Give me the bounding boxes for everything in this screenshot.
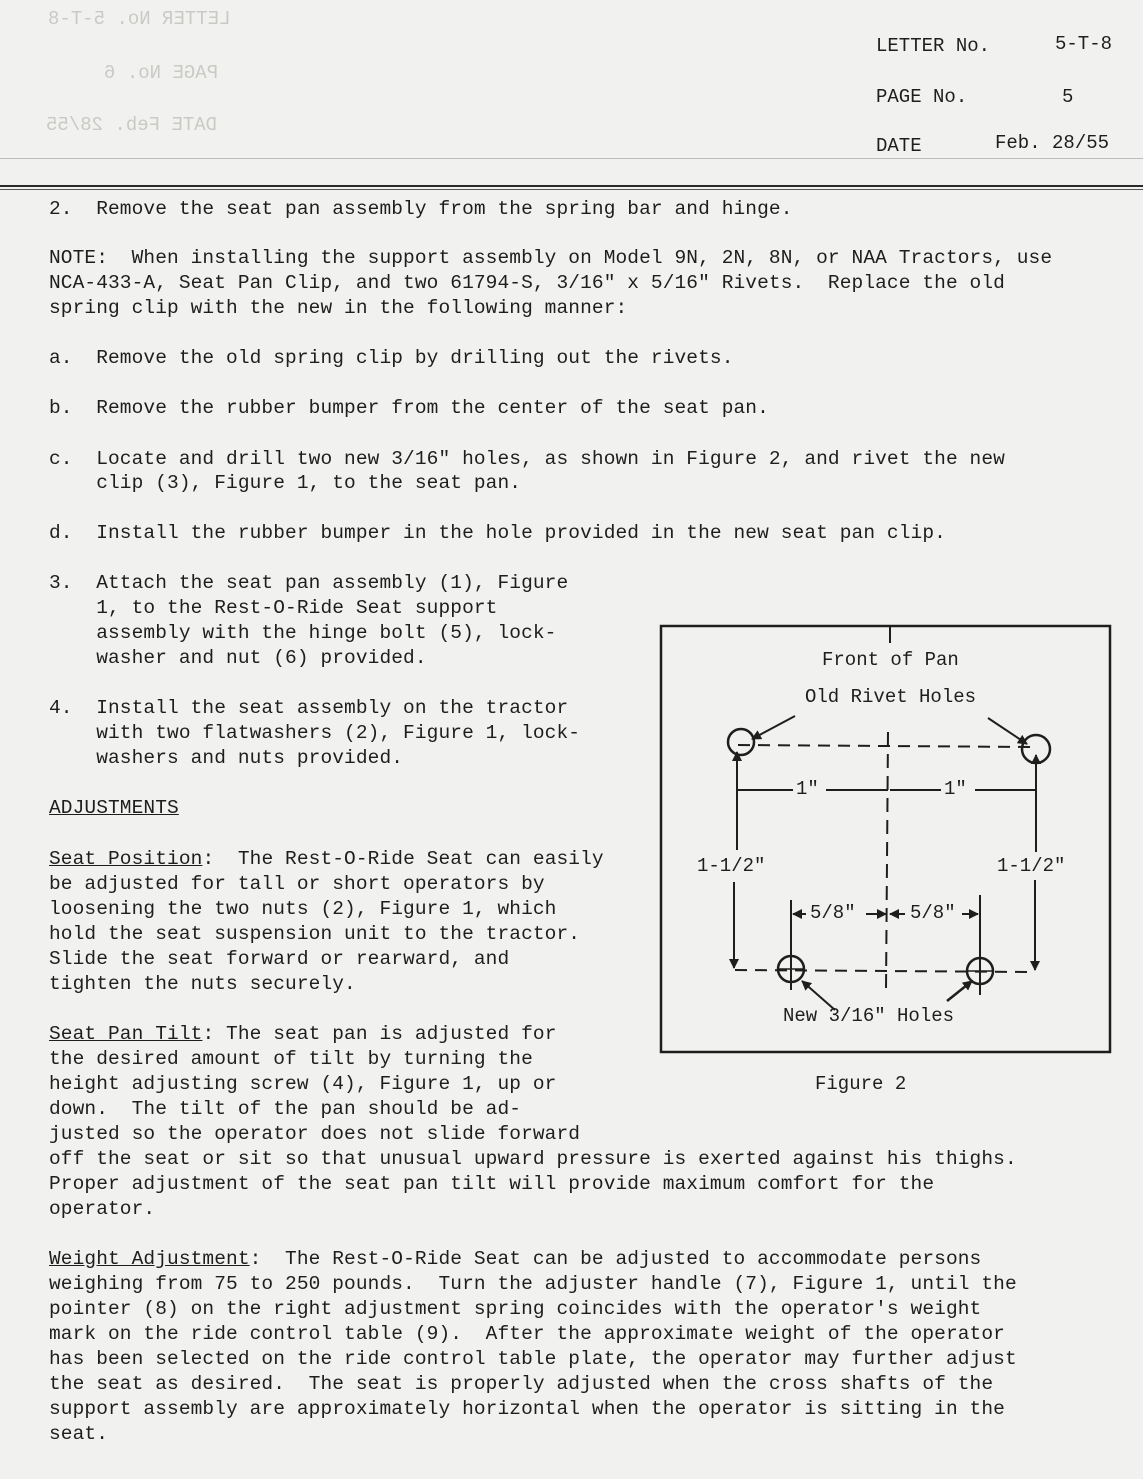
front-of-pan-label: Front of Pan <box>822 649 959 671</box>
dim-5-8-left: 5/8" <box>810 902 856 924</box>
figure-2-diagram <box>0 0 1143 1479</box>
old-rivet-hole-left <box>728 729 754 755</box>
figure-2-caption: Figure 2 <box>815 1073 906 1095</box>
dim-5-8-right: 5/8" <box>910 902 956 924</box>
dim-1in-right: 1" <box>944 778 967 800</box>
dim-1in-left: 1" <box>796 778 819 800</box>
dim-1-1-2-right: 1-1/2" <box>997 855 1065 877</box>
dim-1-1-2-left: 1-1/2" <box>697 855 765 877</box>
new-holes-label: New 3/16" Holes <box>783 1005 954 1027</box>
old-rivet-holes-label: Old Rivet Holes <box>805 686 976 708</box>
